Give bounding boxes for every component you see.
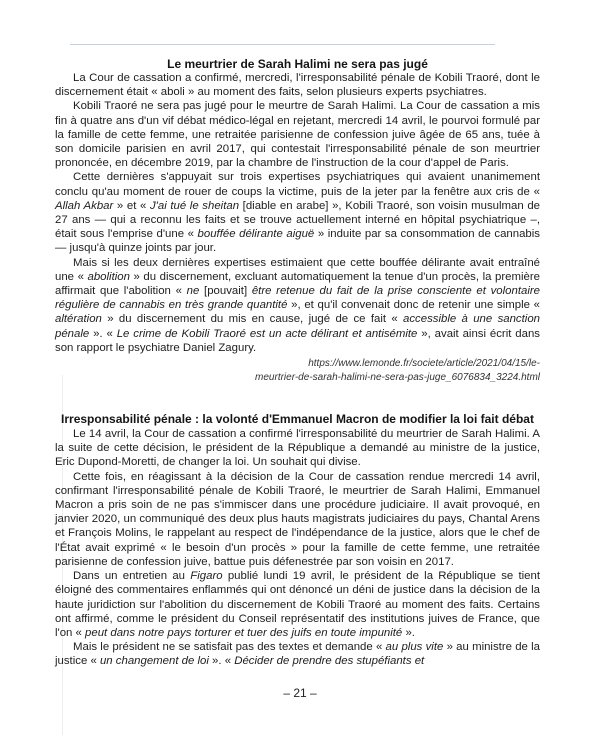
italic-quote: un changement de loi: [100, 655, 209, 667]
italic-quote: ne: [187, 285, 200, 297]
header-rule: [70, 44, 495, 45]
article-2-title: Irresponsabilité pénale : la volonté d'E…: [55, 412, 540, 426]
article-2-paragraph-4: Mais le président ne se satisfait pas de…: [55, 640, 540, 668]
article-1-source-link[interactable]: https://www.lemonde.fr/societe/article/2…: [55, 357, 540, 385]
italic-quote: Figaro: [190, 570, 222, 582]
italic-quote: au plus vite: [386, 641, 444, 653]
italic-quote: J'ai tué le sheitan: [150, 200, 239, 212]
italic-quote: Allah Akbar: [55, 200, 113, 212]
italic-quote: bouffée délirante aiguë: [198, 228, 315, 240]
article-1-paragraph-1: La Cour de cassation a confirmé, mercred…: [55, 71, 540, 99]
article-1: Le meurtrier de Sarah Halimi ne sera pas…: [55, 57, 540, 385]
article-2-paragraph-1: Le 14 avril, la Cour de cassation a conf…: [55, 427, 540, 470]
source-line-2: meurtrier-de-sarah-halimi-ne-sera-pas-ju…: [55, 371, 540, 385]
page-number: – 21 –: [0, 686, 600, 700]
article-1-paragraph-2: Kobili Traoré ne sera pas jugé pour le m…: [55, 99, 540, 170]
italic-quote: Le crime de Kobili Traoré est un acte dé…: [117, 328, 418, 340]
italic-quote: abolition: [88, 271, 130, 283]
article-1-paragraph-4: Mais si les deux dernières expertises es…: [55, 256, 540, 355]
italic-quote: altération: [55, 313, 102, 325]
source-line-1: https://www.lemonde.fr/societe/article/2…: [55, 357, 540, 371]
article-1-paragraph-3: Cette dernières s'appuyait sur trois exp…: [55, 170, 540, 255]
italic-quote: peut dans notre pays torturer et tuer de…: [85, 627, 402, 639]
article-2: Irresponsabilité pénale : la volonté d'E…: [55, 412, 540, 668]
document-page: Le meurtrier de Sarah Halimi ne sera pas…: [55, 57, 540, 669]
article-1-title: Le meurtrier de Sarah Halimi ne sera pas…: [55, 57, 540, 71]
article-2-paragraph-2: Cette fois, en réagissant à la décision …: [55, 470, 540, 569]
italic-quote: être retenue du fait de la prise conscie…: [55, 285, 540, 311]
article-2-paragraph-3: Dans un entretien au Figaro publié lundi…: [55, 569, 540, 640]
italic-quote: Décider de prendre des stupéfiants et: [234, 655, 424, 667]
